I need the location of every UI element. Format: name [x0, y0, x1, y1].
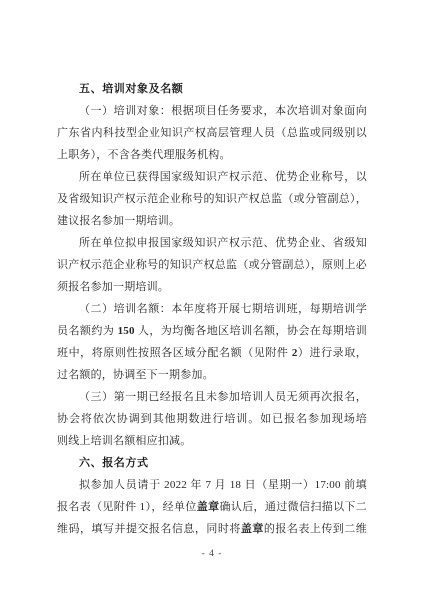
text-line: 协会将依次协调到其他期数进行培训。如已报名参加现场培训，	[57, 408, 367, 430]
text-segment: 的报名表上传到二维	[264, 523, 367, 535]
text-segment: （一）培训对象：根据项目任务要求，本次培训对象面向	[79, 105, 367, 117]
text-line: 报名表（见附件 1），经单位盖章确认后，通过微信扫描以下二	[57, 496, 367, 518]
text-segment: 广东省内科技型企业知识产权高层管理人员（总监或同级别以	[57, 127, 367, 139]
text-segment: 则线上培训名额相应扣减。	[57, 435, 191, 447]
text-line: 所在单位拟申报国家级知识产权示范、优势企业、省级知	[57, 232, 367, 254]
text-line: （一）培训对象：根据项目任务要求，本次培训对象面向	[57, 100, 367, 122]
text-line: 及省级知识产权示范企业称号的知识产权总监（或分管副总），	[57, 188, 367, 210]
page-number: - 4 -	[0, 549, 424, 559]
text-body: 五、培训对象及名额（一）培训对象：根据项目任务要求，本次培训对象面向广东省内科技…	[57, 78, 367, 540]
text-line: 过名额的，协调至下一期参加。	[57, 364, 367, 386]
text-segment: 过名额的，协调至下一期参加。	[57, 369, 214, 381]
text-line: 所在单位已获得国家级知识产权示范、优势企业称号，以	[57, 166, 367, 188]
document-page: 五、培训对象及名额（一）培训对象：根据项目任务要求，本次培训对象面向广东省内科技…	[0, 0, 424, 600]
section-heading: 六、报名方式	[57, 452, 367, 474]
text-segment: （三）第一期已经报名且未参加培训人员无须再次报名，	[79, 391, 367, 403]
emphasized-text: 盖章	[241, 523, 264, 535]
emphasized-text: 五、培训对象及名额	[79, 83, 183, 95]
text-line: （二）培训名额：本年度将开展七期培训班，每期培训学	[57, 298, 367, 320]
text-line: 员名额约为 150 人，为均衡各地区培训名额，协会在每期培训	[57, 320, 367, 342]
text-segment: 班中，将原则性按照各区域分配名额（见附件	[57, 347, 292, 359]
text-segment: 所在单位拟申报国家级知识产权示范、优势企业、省级知	[79, 237, 367, 249]
text-line: 班中，将原则性按照各区域分配名额（见附件 2）进行录取，超	[57, 342, 367, 364]
text-line: （三）第一期已经报名且未参加培训人员无须再次报名，	[57, 386, 367, 408]
emphasized-text: 150	[118, 325, 135, 337]
text-segment: 上职务），不含各类代理服务机构。	[57, 149, 231, 161]
emphasized-text: 盖章	[197, 501, 220, 513]
text-line: 拟参加人员请于 2022 年 7 月 18 日（星期一）17:00 前填写	[57, 474, 367, 496]
text-line: 维码，填写并提交报名信息，同时将盖章的报名表上传到二维	[57, 518, 367, 540]
text-segment: 须报名参加一期培训。	[57, 281, 169, 293]
text-line: 广东省内科技型企业知识产权高层管理人员（总监或同级别以	[57, 122, 367, 144]
text-segment: 确认后，通过微信扫描以下二	[219, 501, 367, 513]
section-heading: 五、培训对象及名额	[57, 78, 367, 100]
text-line: 建议报名参加一期培训。	[57, 210, 367, 232]
text-line: 则线上培训名额相应扣减。	[57, 430, 367, 452]
text-segment: 识产权示范企业称号的知识产权总监（或分管副总），原则上必	[57, 259, 367, 271]
text-segment: 协会将依次协调到其他期数进行培训。如已报名参加现场培训，	[57, 413, 367, 430]
text-segment: 及省级知识产权示范企业称号的知识产权总监（或分管副总），	[57, 193, 367, 205]
text-segment: 拟参加人员请于 2022 年 7 月 18 日（星期一）17:00 前填写	[57, 479, 367, 496]
text-segment: 维码，填写并提交报名信息，同时将	[57, 523, 241, 535]
text-segment: （二）培训名额：本年度将开展七期培训班，每期培训学	[79, 303, 367, 315]
text-segment: 人，为均衡各地区培训名额，协会在每期培训	[135, 325, 367, 337]
text-segment: 所在单位已获得国家级知识产权示范、优势企业称号，以	[79, 171, 367, 183]
text-line: 识产权示范企业称号的知识产权总监（或分管副总），原则上必	[57, 254, 367, 276]
text-line: 上职务），不含各类代理服务机构。	[57, 144, 367, 166]
emphasized-text: 六、报名方式	[79, 457, 149, 469]
text-line: 须报名参加一期培训。	[57, 276, 367, 298]
text-segment: 报名表（见附件 1），经单位	[57, 501, 197, 513]
text-segment: 员名额约为	[57, 325, 118, 337]
text-segment: 建议报名参加一期培训。	[57, 215, 180, 227]
